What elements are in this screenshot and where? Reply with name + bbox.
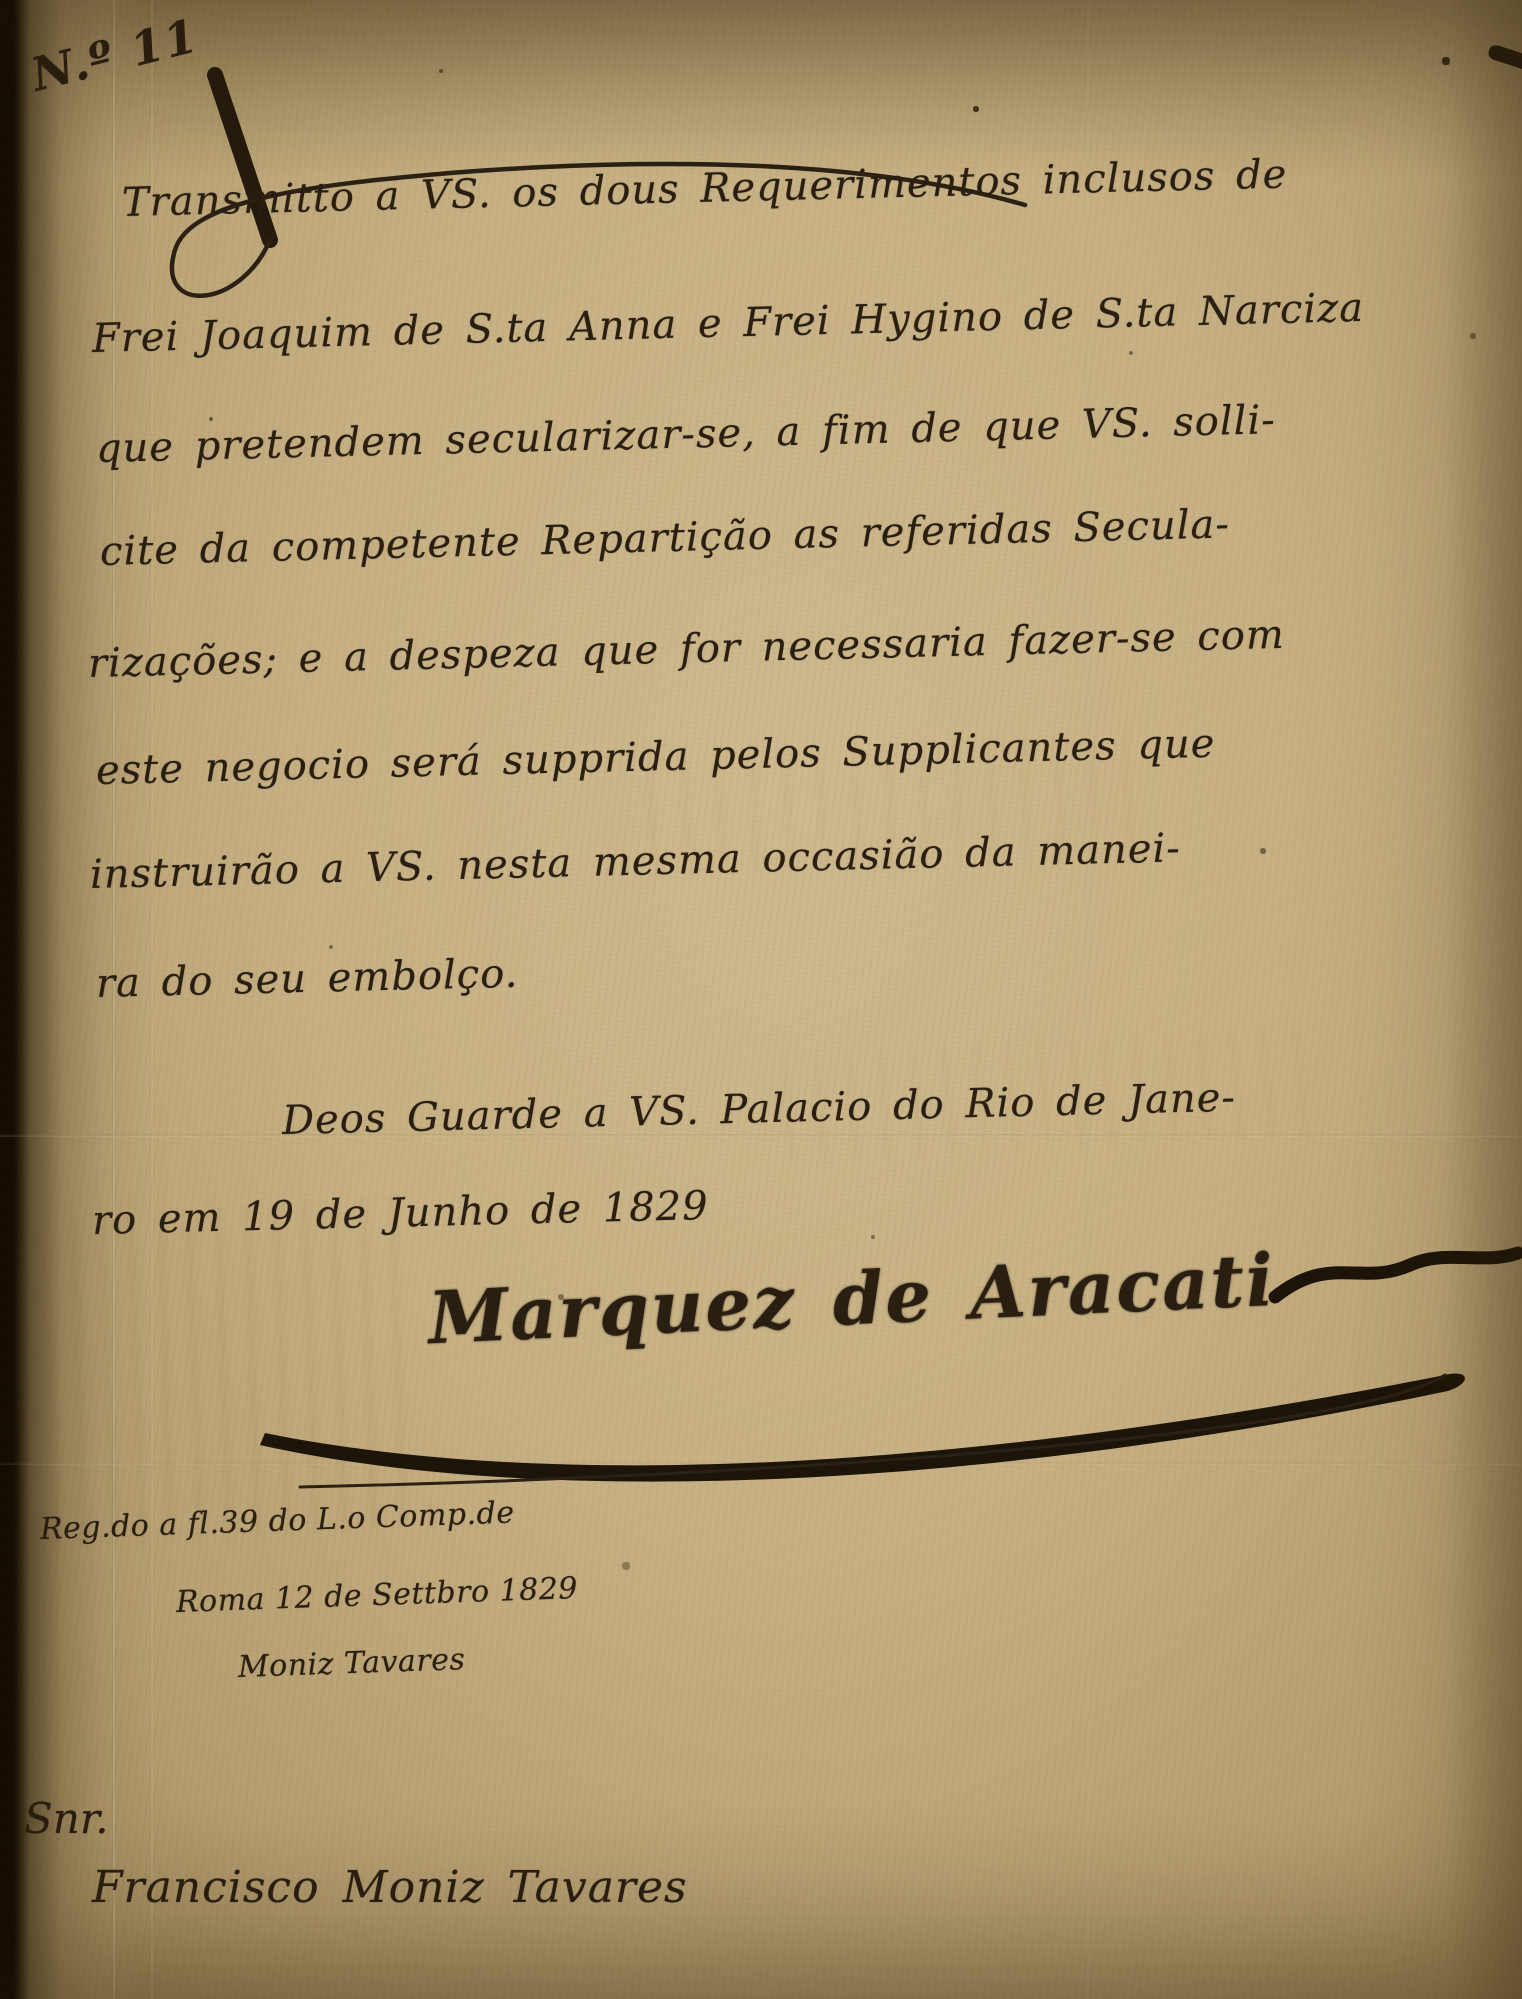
body-line: ra do seu embolço. <box>95 951 518 1007</box>
body-line: que pretendem secularizar-se, a fim de q… <box>95 397 1276 472</box>
paper-crease-horizontal <box>0 1462 1522 1465</box>
body-line: Transmitto a VS. os dous Requerimentos i… <box>121 152 1287 226</box>
closing-line: ro em 19 de Junho de 1829 <box>91 1183 709 1244</box>
registration-line: Moniz Tavares <box>237 1642 466 1685</box>
registration-line: Roma 12 de Settbro 1829 <box>175 1571 578 1620</box>
ink-smudge <box>1487 43 1522 71</box>
addressee-salutation: Snr. <box>24 1794 109 1843</box>
body-line: instruirão a VS. nesta mesma occasião da… <box>89 825 1181 898</box>
paper-crease-horizontal <box>0 1134 1522 1137</box>
closing-line: Deos Guarde a VS. Palacio do Rio de Jane… <box>281 1075 1236 1144</box>
addressee-name: Francisco Moniz Tavares <box>92 1862 688 1913</box>
body-line: Frei Joaquim de S.ta Anna e Frei Hygino … <box>91 285 1364 362</box>
document-number: N.º 11 <box>26 8 204 102</box>
body-line: cite da competente Repartição as referid… <box>99 501 1230 575</box>
body-line: rizações; e a despeza que for necessaria… <box>87 612 1285 687</box>
signature-marquez-de-aracati: Marquez de Aracati <box>427 1237 1277 1360</box>
body-line: este negocio será supprida pelos Supplic… <box>95 721 1215 794</box>
ink-specks <box>0 0 2 2</box>
registration-line: Reg.do a fl.39 do L.o Comp.de <box>39 1495 515 1547</box>
manuscript-page: N.º 11 Transmitto a VS. os dous Requerim… <box>0 0 1522 1999</box>
